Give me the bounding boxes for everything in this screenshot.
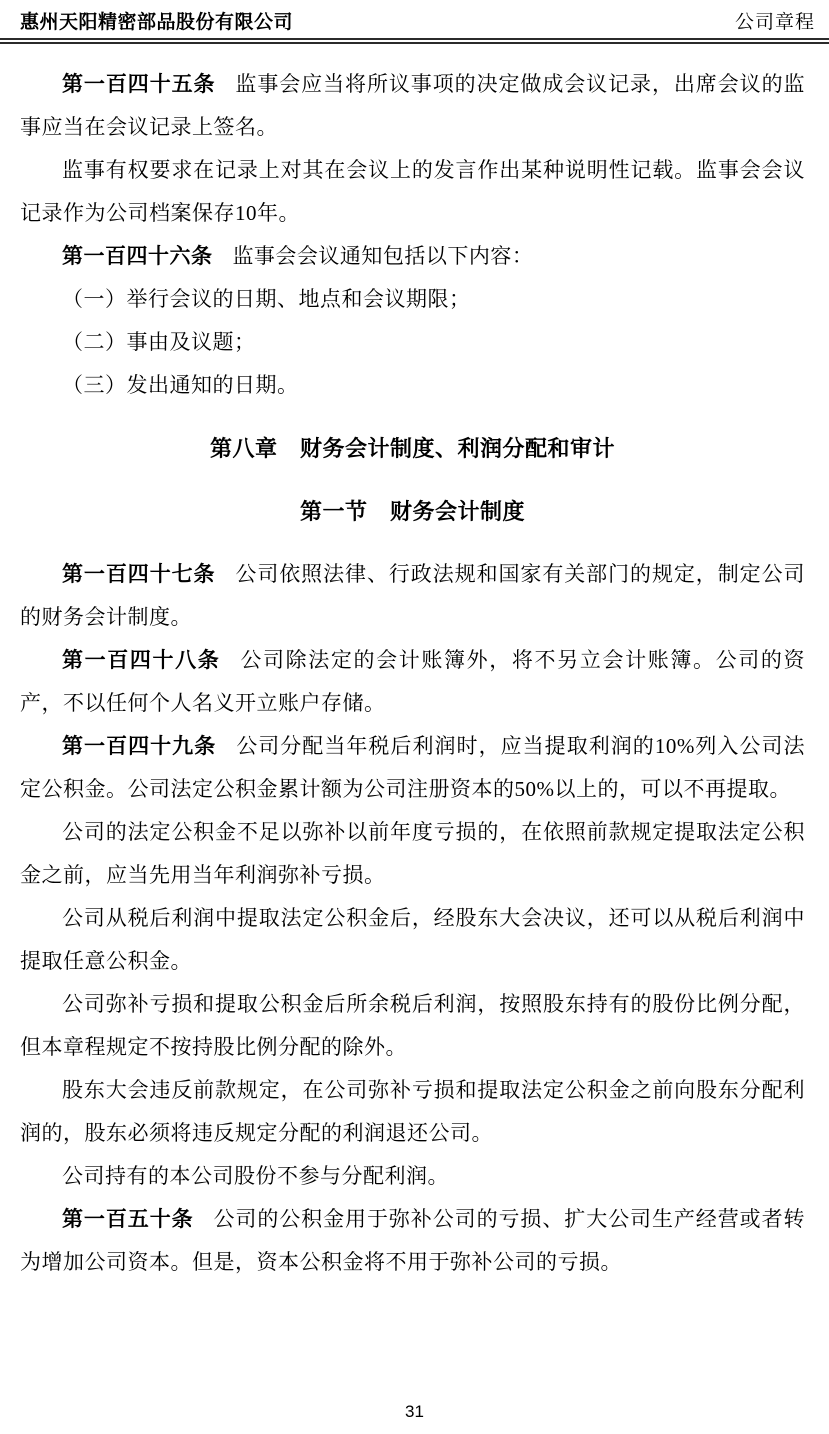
article-number: 第一百五十条 xyxy=(62,1207,194,1231)
article-paragraph-146: 第一百四十六条监事会会议通知包括以下内容： xyxy=(20,235,805,278)
body-paragraph: 公司持有的本公司股份不参与分配利润。 xyxy=(20,1155,805,1198)
article-paragraph-145: 第一百四十五条监事会应当将所议事项的决定做成会议记录，出席会议的监事应当在会议记… xyxy=(20,63,805,149)
list-item-1: （一）举行会议的日期、地点和会议期限； xyxy=(20,278,805,321)
body-paragraph: 股东大会违反前款规定，在公司弥补亏损和提取法定公积金之前向股东分配利润的，股东必… xyxy=(20,1069,805,1155)
article-number: 第一百四十六条 xyxy=(62,244,213,268)
article-paragraph-148: 第一百四十八条公司除法定的会计账簿外，将不另立会计账簿。公司的资产，不以任何个人… xyxy=(20,639,805,725)
article-paragraph-147: 第一百四十七条公司依照法律、行政法规和国家有关部门的规定，制定公司的财务会计制度… xyxy=(20,553,805,639)
article-text: 监事会会议通知包括以下内容： xyxy=(232,244,533,268)
article-paragraph-150: 第一百五十条公司的公积金用于弥补公司的亏损、扩大公司生产经营或者转为增加公司资本… xyxy=(20,1198,805,1284)
header-doc-title: 公司章程 xyxy=(735,7,815,34)
article-number: 第一百四十九条 xyxy=(62,734,216,758)
chapter-heading: 第八章 财务会计制度、利润分配和审计 xyxy=(20,427,805,470)
list-item-3: （三）发出通知的日期。 xyxy=(20,364,805,407)
body-paragraph: 监事有权要求在记录上对其在会议上的发言作出某种说明性记载。监事会会议记录作为公司… xyxy=(20,149,805,235)
section-heading: 第一节 财务会计制度 xyxy=(20,490,805,533)
article-paragraph-149: 第一百四十九条公司分配当年税后利润时，应当提取利润的10%列入公司法定公积金。公… xyxy=(20,725,805,811)
page-header: 惠州天阳精密部品股份有限公司 公司章程 xyxy=(0,0,829,44)
page-number: 31 xyxy=(405,1402,424,1421)
document-body: 第一百四十五条监事会应当将所议事项的决定做成会议记录，出席会议的监事应当在会议记… xyxy=(0,44,829,1284)
body-paragraph: 公司的法定公积金不足以弥补以前年度亏损的，在依照前款规定提取法定公积金之前，应当… xyxy=(20,811,805,897)
body-paragraph: 公司弥补亏损和提取公积金后所余税后利润，按照股东持有的股份比例分配，但本章程规定… xyxy=(20,983,805,1069)
article-number: 第一百四十七条 xyxy=(62,562,215,586)
header-company-name: 惠州天阳精密部品股份有限公司 xyxy=(20,7,293,34)
article-number: 第一百四十八条 xyxy=(62,648,220,672)
body-paragraph: 公司从税后利润中提取法定公积金后，经股东大会决议，还可以从税后利润中提取任意公积… xyxy=(20,897,805,983)
document-page: 惠州天阳精密部品股份有限公司 公司章程 第一百四十五条监事会应当将所议事项的决定… xyxy=(0,0,829,1434)
page-footer: 31 xyxy=(0,1402,829,1422)
list-item-2: （二）事由及议题； xyxy=(20,321,805,364)
article-number: 第一百四十五条 xyxy=(62,72,215,96)
